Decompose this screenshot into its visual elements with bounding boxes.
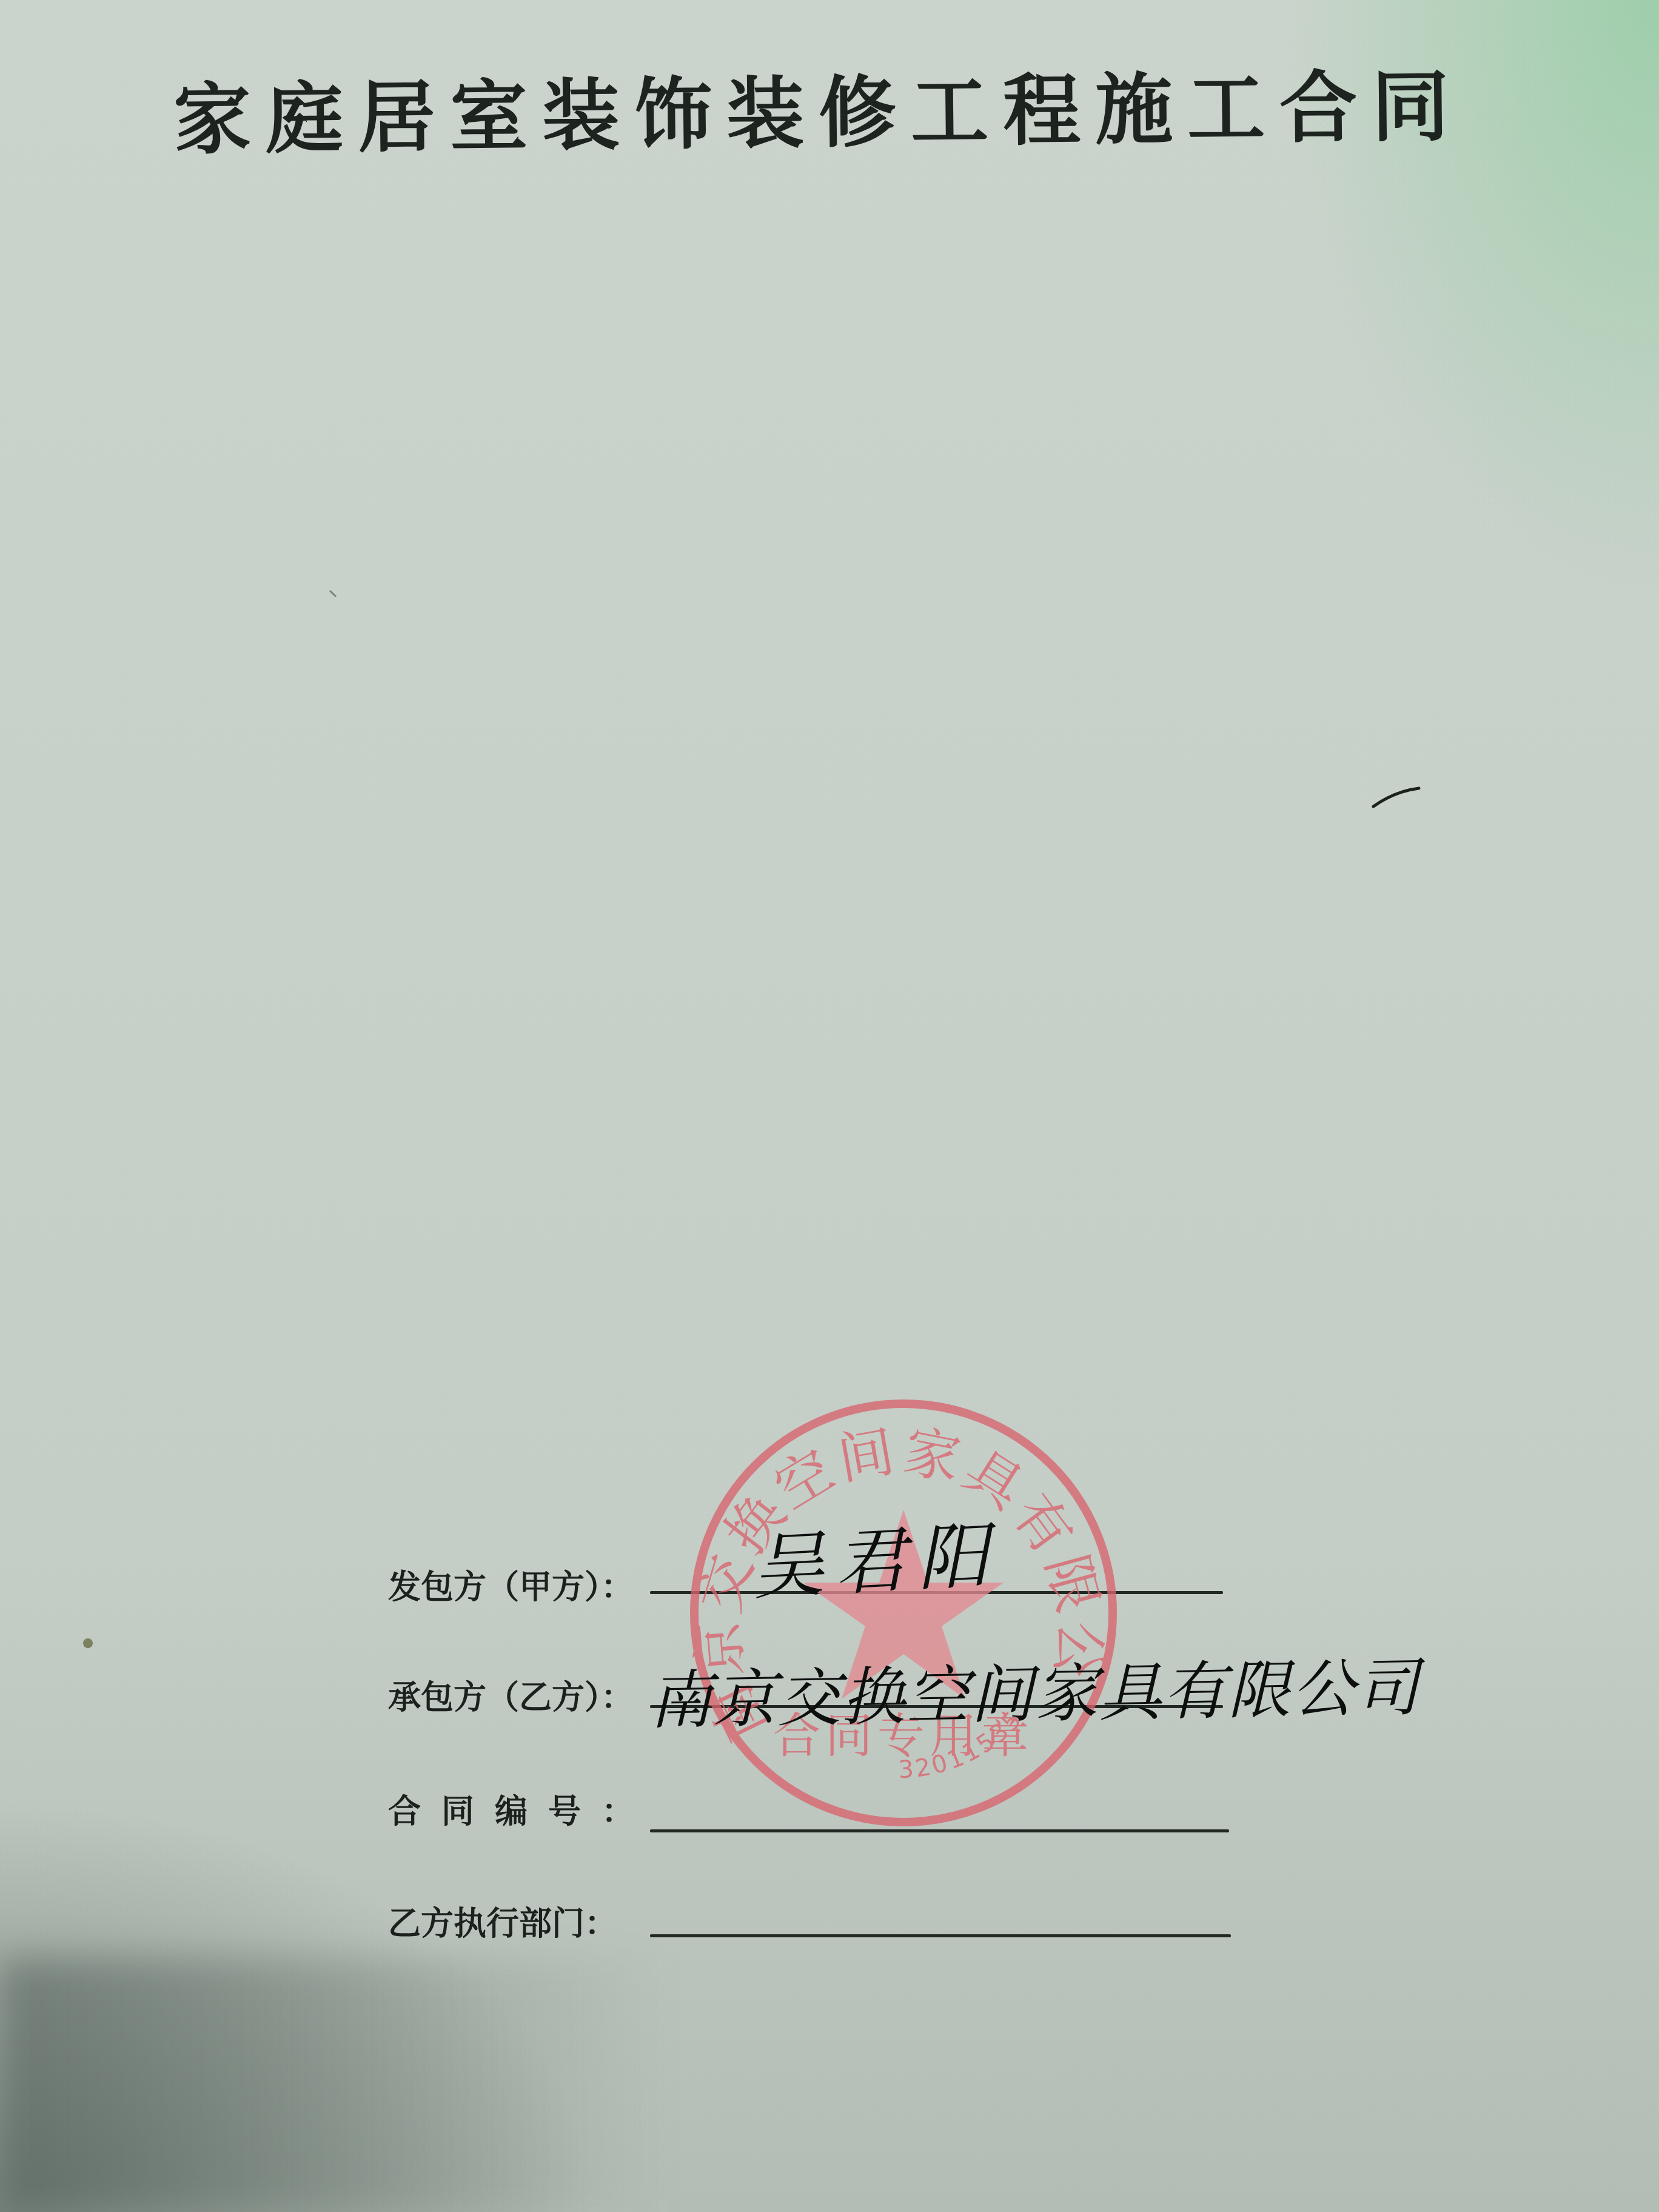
- department-label: 乙方执行部门：: [388, 1898, 617, 1945]
- field-party-b: 承包方（乙方）：: [388, 1672, 634, 1718]
- paper-background: [0, 0, 1659, 2212]
- party-a-signature: 吴君阳: [749, 1497, 1002, 1613]
- field-department: 乙方执行部门：: [388, 1898, 617, 1945]
- scratch-mark: [327, 588, 340, 600]
- document-title: 家庭居室装饰装修工程施工合同: [173, 44, 1435, 169]
- field-party-a: 发包方（甲方）：: [388, 1561, 634, 1608]
- party-b-label: 承包方（乙方）：: [388, 1672, 634, 1718]
- dot-mark: [79, 1634, 97, 1652]
- pen-mark: [1370, 782, 1425, 813]
- party-a-label: 发包方（甲方）：: [388, 1561, 634, 1608]
- company-seal: 南京交换空间家具有限公司 合同专用章 32011535: [679, 1389, 1128, 1837]
- contract-number-label: 合同编号：: [388, 1786, 655, 1832]
- party-b-handwritten-name: 南京交换空间家具有限公司: [648, 1637, 1421, 1741]
- photo-shadow: [0, 1959, 667, 2212]
- field-contract-number: 合同编号：: [388, 1786, 655, 1832]
- department-underline: [650, 1934, 1231, 1937]
